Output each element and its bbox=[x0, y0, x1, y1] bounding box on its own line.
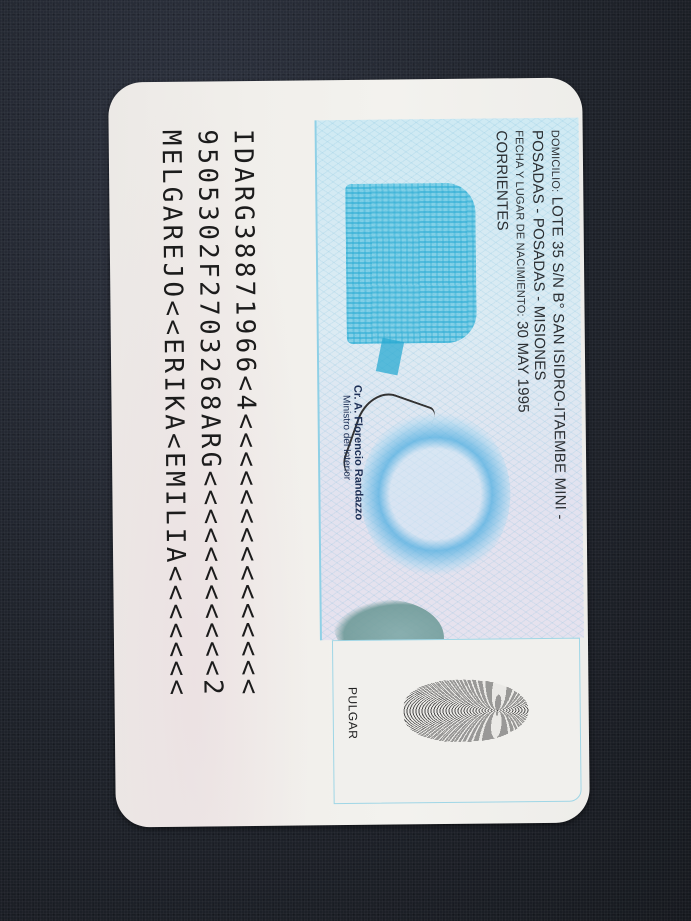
id-card: DOMICILIO: LOTE 35 S/N B° SAN ISIDRO-ITA… bbox=[108, 78, 590, 828]
fingerprint-image bbox=[403, 679, 529, 742]
birth-label: FECHA Y LUGAR DE NACIMIENTO: bbox=[513, 130, 527, 317]
signer-name: Cr. A. Florencio Randazzo bbox=[351, 385, 364, 520]
address-block: DOMICILIO: LOTE 35 S/N B° SAN ISIDRO-ITA… bbox=[493, 130, 569, 521]
signer-block: Cr. A. Florencio Randazzo Ministro del I… bbox=[340, 385, 364, 521]
thumbprint-box: PULGAR bbox=[332, 638, 582, 805]
mrz-line-1: IDARG38871966<4<<<<<<<<<<<<<<< bbox=[225, 129, 267, 698]
address-value: LOTE 35 S/N B° SAN ISIDRO-ITAEMBE MINI - bbox=[548, 197, 568, 520]
mrz-zone: IDARG38871966<4<<<<<<<<<<<<<<<9505302F27… bbox=[153, 129, 267, 699]
address-label: DOMICILIO: bbox=[549, 130, 562, 193]
mrz-line-2: 9505302F2703268ARG<<<<<<<<<<<2 bbox=[189, 129, 231, 698]
birth-date: 30 MAY 1995 bbox=[514, 321, 532, 413]
signer-role: Ministro del Interior bbox=[340, 385, 352, 520]
address-line-1: DOMICILIO: LOTE 35 S/N B° SAN ISIDRO-ITA… bbox=[546, 130, 569, 520]
thumb-label: PULGAR bbox=[345, 687, 360, 740]
flag-guilloche bbox=[345, 183, 477, 344]
mrz-line-3: MELGAREJO<<ERIKA<EMILIA<<<<<<< bbox=[153, 130, 195, 699]
